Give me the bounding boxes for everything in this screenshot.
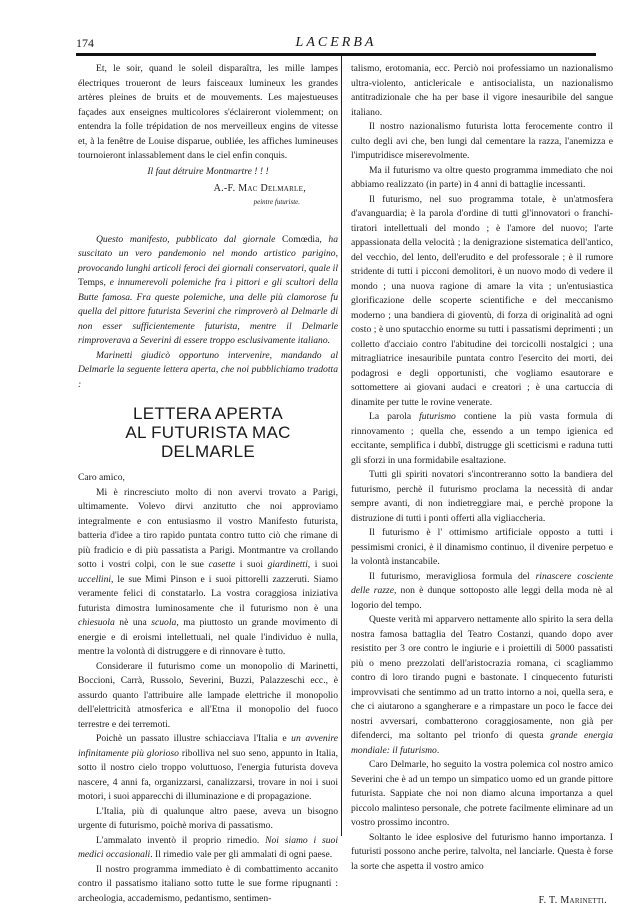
text: . Il rimedio vale per gli ammalati di og… bbox=[150, 849, 332, 860]
text: i suoi bbox=[235, 559, 267, 570]
letter-paragraph: Il futurismo è l' ottimismo artificiale … bbox=[351, 526, 613, 570]
text: , e innumerevoli polemiche fra i pittori… bbox=[78, 277, 338, 346]
letter-paragraph: L'Italia, più di qualunque altro paese, … bbox=[78, 805, 338, 834]
text: Mi è rincresciuto molto di non avervi tr… bbox=[78, 487, 338, 571]
letter-signature: F. T. Marinetti. bbox=[351, 894, 613, 909]
emphasis: chiesuola bbox=[78, 617, 115, 628]
letter-paragraph: Ma il futurismo va oltre questo programm… bbox=[351, 164, 613, 193]
manifesto-author-role: peintre futuriste. bbox=[78, 197, 338, 207]
newspaper-name: Temps bbox=[78, 277, 103, 288]
emphasis: futurismo bbox=[419, 411, 456, 422]
text: , le sue Mimi Pinson e i suoi pittorelli… bbox=[78, 574, 338, 614]
page-header: 174 LACERBA bbox=[76, 36, 596, 52]
letter-paragraph: Queste verità mi apparvero nettamente al… bbox=[351, 613, 613, 758]
editorial-paragraph-1: Questo manifesto, pubblicato dal giornal… bbox=[78, 233, 338, 349]
text: Questo manifesto, pubblicato dal giornal… bbox=[96, 234, 282, 245]
text: L'ammalato inventò il proprio rimedio. bbox=[96, 835, 265, 846]
letter-title: LETTERA APERTA AL FUTURISTA MAC DELMARLE bbox=[78, 404, 338, 461]
editorial-paragraph-2: Marinetti giudicò opportuno intervenire,… bbox=[78, 349, 338, 393]
newspaper-name: Comœdia bbox=[282, 234, 319, 245]
letter-paragraph: Il futurismo, nel suo programma totale, … bbox=[351, 193, 613, 411]
manifesto-paragraph: Et, le soir, quand le soleil disparaîtra… bbox=[78, 62, 338, 164]
header-rule bbox=[76, 53, 596, 56]
text: Il futurismo, meravigliosa formula del bbox=[369, 571, 536, 582]
letter-paragraph: Mi è rincresciuto molto di non avervi tr… bbox=[78, 486, 338, 660]
letter-paragraph: Poichè un passato illustre schiacciava l… bbox=[78, 732, 338, 805]
letter-paragraph-continued: talismo, erotomania, ecc. Perciò noi pro… bbox=[351, 62, 613, 120]
emphasis: uccellini bbox=[78, 574, 111, 585]
letter-paragraph: Il nostro programma immediato è di comba… bbox=[78, 863, 338, 907]
text: La parola bbox=[369, 411, 419, 422]
text: . bbox=[437, 745, 439, 756]
right-column: talismo, erotomania, ecc. Perciò noi pro… bbox=[351, 62, 613, 909]
letter-paragraph: Considerare il futurismo come un monopol… bbox=[78, 660, 338, 733]
emphasis: casette bbox=[209, 559, 236, 570]
letter-paragraph: Caro Delmarle, ho seguito la vostra pole… bbox=[351, 758, 613, 831]
letter-paragraph: La parola futurismo contiene la più vast… bbox=[351, 410, 613, 468]
letter-paragraph: L'ammalato inventò il proprio rimedio. N… bbox=[78, 834, 338, 863]
column-divider bbox=[341, 56, 342, 836]
emphasis: giardinetti bbox=[268, 559, 308, 570]
editorial-note: Questo manifesto, pubblicato dal giornal… bbox=[78, 233, 338, 393]
text: Queste verità mi apparvero nettamente al… bbox=[351, 614, 613, 741]
salutation: Caro amico, bbox=[78, 471, 338, 486]
text: , i suoi bbox=[308, 559, 338, 570]
text: nè una bbox=[115, 617, 151, 628]
running-title: LACERBA bbox=[76, 35, 596, 51]
manifesto-author: A.-F. Mac Delmarle, bbox=[78, 182, 338, 197]
letter-paragraph: Il nostro nazionalismo futurista lotta f… bbox=[351, 120, 613, 164]
left-column: Et, le soir, quand le soleil disparaîtra… bbox=[78, 62, 338, 906]
letter-title-line-2: AL FUTURISTA MAC DELMARLE bbox=[78, 423, 338, 461]
emphasis: scuola bbox=[151, 617, 176, 628]
letter-title-line-1: LETTERA APERTA bbox=[78, 404, 338, 423]
text: Poichè un passato illustre schiacciava l… bbox=[96, 733, 291, 744]
letter-paragraph: Il futurismo, meravigliosa formula del r… bbox=[351, 570, 613, 614]
letter-paragraph: Tutti gli spiriti novatori s'incontreran… bbox=[351, 468, 613, 526]
manifesto-slogan: Il faut détruire Montmartre ! ! ! bbox=[78, 165, 338, 180]
letter-paragraph: Soltanto le idee esplosive del futurismo… bbox=[351, 831, 613, 875]
